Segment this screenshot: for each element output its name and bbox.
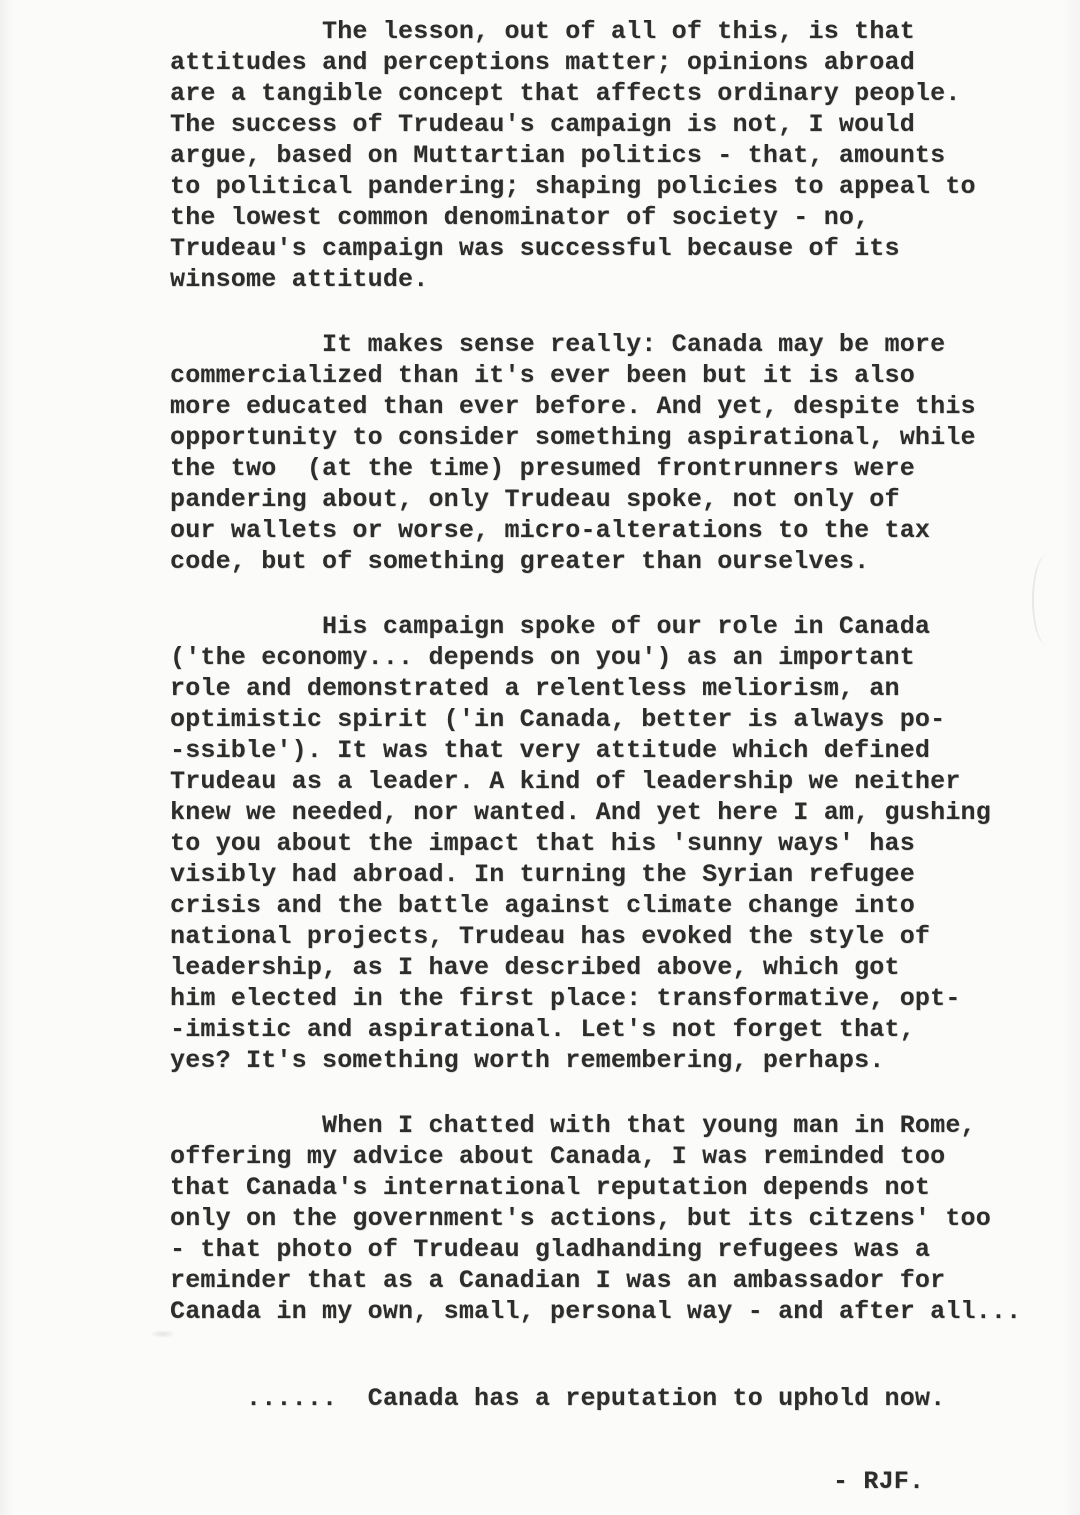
paragraph-lesson: The lesson, out of all of this, is that … <box>170 16 1022 295</box>
paragraph-makes-sense: It makes sense really: Canada may be mor… <box>170 329 1022 577</box>
signature-initials: - RJF. <box>170 1466 1022 1497</box>
closing-line: ...... Canada has a reputation to uphold… <box>170 1383 1022 1414</box>
paragraph-his-campaign: His campaign spoke of our role in Canada… <box>170 611 1022 1076</box>
paragraph-rome: When I chatted with that young man in Ro… <box>170 1110 1022 1327</box>
scan-smudge <box>150 1330 176 1338</box>
scan-smudge <box>1032 555 1062 645</box>
typewritten-page: The lesson, out of all of this, is that … <box>0 0 1080 1515</box>
